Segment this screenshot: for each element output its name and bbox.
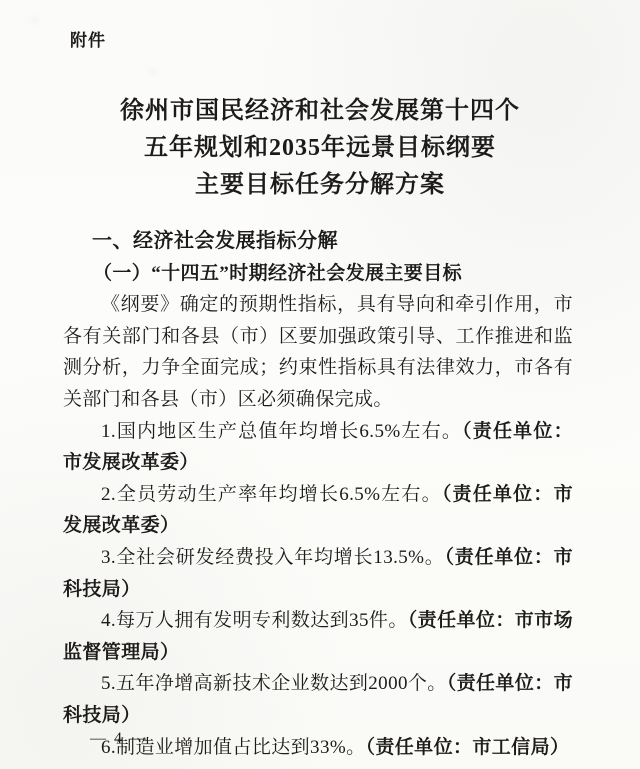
target-item-text: 1.国内地区生产总值年均增长6.5%左右。: [101, 421, 462, 442]
intro-paragraph: 《纲要》确定的预期性指标，具有导向和牵引作用，市各有关部门和各县（市）区要加强政…: [63, 289, 573, 415]
target-item-4: 4.每万人拥有发明专利数达到35件。（责任单位：市市场监督管理局）: [63, 605, 573, 668]
title-line-3: 主要目标任务分解方案: [0, 167, 640, 204]
subsection-heading: （一）“十四五”时期经济社会发展主要目标: [63, 258, 573, 290]
section-heading: 一、经济社会发展指标分解: [63, 226, 573, 258]
title-line-2: 五年规划和2035年远景目标纲要: [0, 130, 640, 167]
scan-artifact: [148, 70, 158, 74]
target-item-3: 3.全社会研发经费投入年均增长13.5%。（责任单位：市科技局）: [63, 542, 573, 605]
target-item-5: 5.五年净增高新技术企业数达到2000个。（责任单位：市科技局）: [63, 668, 573, 731]
title-line-1: 徐州市国民经济和社会发展第十四个: [0, 93, 640, 130]
target-item-text: 5.五年净增高新技术企业数达到2000个。: [101, 673, 447, 694]
target-item-text: 4.每万人拥有发明专利数达到35件。: [101, 610, 408, 631]
scanned-document-page: 附件 徐州市国民经济和社会发展第十四个 五年规划和2035年远景目标纲要 主要目…: [0, 0, 640, 769]
target-item-text: 2.全员劳动生产率年均增长6.5%左右。: [101, 484, 442, 505]
page-number: — 4 —: [90, 730, 148, 748]
attachment-label: 附件: [70, 26, 106, 51]
document-title: 徐州市国民经济和社会发展第十四个 五年规划和2035年远景目标纲要 主要目标任务…: [0, 93, 640, 204]
target-item-2: 2.全员劳动生产率年均增长6.5%左右。（责任单位：市发展改革委）: [63, 479, 573, 542]
scan-artifact: [30, 17, 38, 22]
responsible-unit: （责任单位：市工信局）: [365, 737, 569, 758]
target-item-text: 3.全社会研发经费投入年均增长13.5%。: [101, 547, 445, 568]
document-body: 一、经济社会发展指标分解 （一）“十四五”时期经济社会发展主要目标 《纲要》确定…: [63, 226, 573, 763]
target-item-1: 1.国内地区生产总值年均增长6.5%左右。（责任单位：市发展改革委）: [63, 416, 573, 479]
